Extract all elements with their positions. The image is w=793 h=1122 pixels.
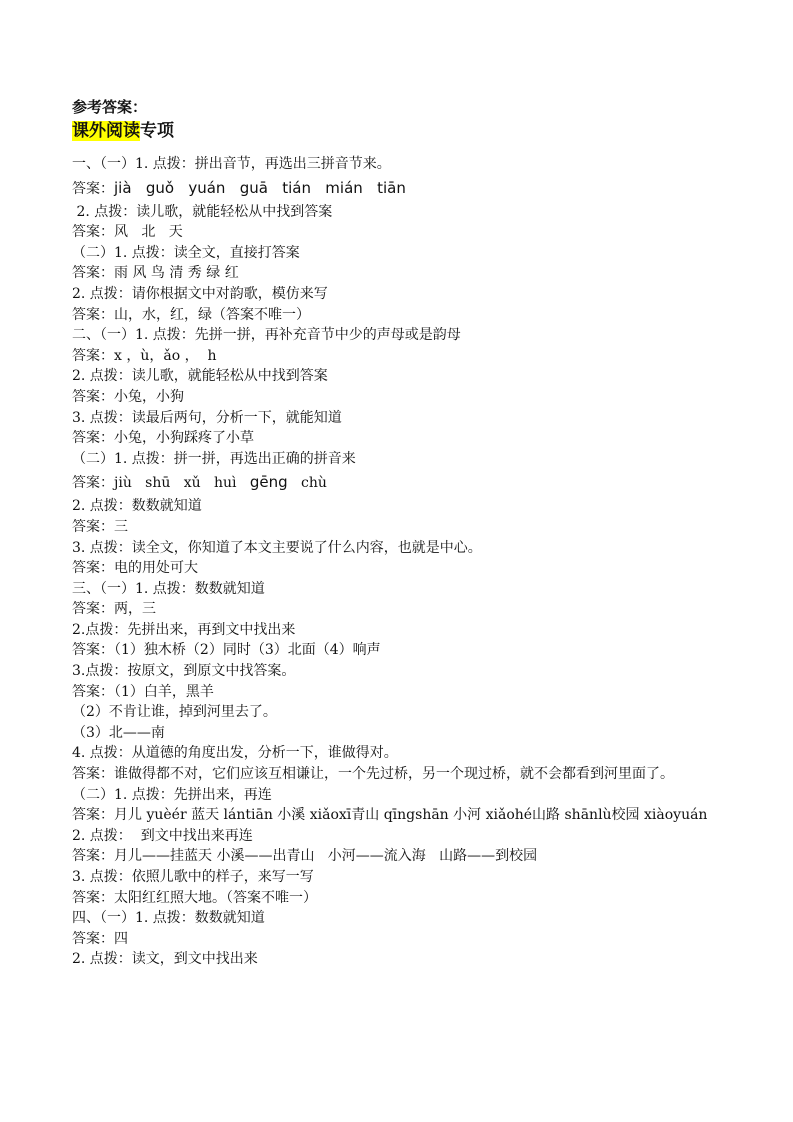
hint-line: 3.点拨：按原文，到原文中找答案。 (72, 661, 732, 682)
answer-document: 参考答案： 课外阅读专项 一、（一）1. 点拨：拼出音节，再选出三拼音节来。 答… (72, 96, 732, 970)
hint-line: 三、（一）1. 点拨：数数就知道 (72, 579, 732, 600)
hint-line: 2. 点拨：数数就知道 (72, 496, 732, 517)
hint-line: 一、（一）1. 点拨：拼出音节，再选出三拼音节来。 (72, 154, 732, 175)
pinyin-answer: jià guǒ yuán guā tián mián tiān (114, 179, 406, 197)
answer-line: （2）不肯让谁，掉到河里去了。 (72, 702, 732, 723)
answer-line: 答案：雨 风 鸟 清 秀 绿 红 (72, 263, 732, 284)
answer-line: 答案：太阳红红照大地。（答案不唯一） (72, 888, 732, 909)
answer-line: 答案：（1）独木桥（2）同时（3）北面（4）响声 (72, 640, 732, 661)
answer-line: 答案：月儿 yuèér 蓝天 lántiān 小溪 xiǎoxī青山 qīngs… (72, 805, 732, 826)
answer-line: 答案：（1）白羊，黑羊 (72, 682, 732, 703)
hint-line: 2. 点拨：读儿歌，就能轻松从中找到答案 (72, 202, 732, 223)
hint-line: 2. 点拨：读儿歌，就能轻松从中找到答案 (72, 366, 732, 387)
answer-line: 答案：三 (72, 517, 732, 538)
hint-line: 3. 点拨：依照儿歌中的样子，来写一写 (72, 867, 732, 888)
hint-line: 3. 点拨：读最后两句，分析一下，就能知道 (72, 408, 732, 429)
section-heading: 课外阅读专项 (72, 118, 732, 144)
hint-line: （二）1. 点拨：先拼出来，再连 (72, 785, 732, 806)
document-title: 参考答案： (72, 96, 732, 118)
hint-line: 二、（一）1. 点拨：先拼一拼，再补充音节中少的声母或是韵母 (72, 325, 732, 346)
answer-line: 答案：小兔，小狗踩疼了小草 (72, 428, 732, 449)
hint-line: 3. 点拨：读全文，你知道了本文主要说了什么内容，也就是中心。 (72, 538, 732, 559)
answer-label: 答案： (72, 181, 114, 197)
hint-line: 四、（一）1. 点拨：数数就知道 (72, 908, 732, 929)
answer-line: 答案：四 (72, 929, 732, 950)
answer-line: 答案：谁做得都不对，它们应该互相谦让，一个先过桥，另一个现过桥，就不会都看到河里… (72, 764, 732, 785)
answer-line: 答案：两，三 (72, 599, 732, 620)
hint-line: （二）1. 点拨：读全文，直接打答案 (72, 243, 732, 264)
pinyin-answer: chù (288, 475, 327, 491)
hint-line: 2. 点拨：请你根据文中对韵歌，模仿来写 (72, 284, 732, 305)
heading-text: 专项 (140, 121, 174, 141)
answer-line: 答案：小兔，小狗 (72, 387, 732, 408)
answer-line: 答案：月儿——挂蓝天 小溪——出青山 小河——流入海 山路——到校园 (72, 846, 732, 867)
answer-line: 答案：风 北 天 (72, 222, 732, 243)
hint-line: 2.点拨：先拼出来，再到文中找出来 (72, 620, 732, 641)
hint-line: 2. 点拨： 到文中找出来再连 (72, 826, 732, 847)
hint-line: 4. 点拨：从道德的角度出发，分析一下，谁做得对。 (72, 743, 732, 764)
answer-line: 答案：山，水，红，绿（答案不唯一） (72, 305, 732, 326)
answer-line: 答案：x ，ù，ǎo ， h (72, 346, 732, 367)
pinyin-answer: jiù shū xǔ huì (114, 475, 250, 491)
answer-label: 答案： (72, 475, 114, 491)
answer-line: 答案：电的用处可大 (72, 558, 732, 579)
hint-line: （二）1. 点拨：拼一拼，再选出正确的拼音来 (72, 449, 732, 470)
pinyin-answer-geng: gēng (250, 473, 288, 491)
answer-line: （3）北——南 (72, 723, 732, 744)
hint-line: 2. 点拨：读文，到文中找出来 (72, 949, 732, 970)
answer-line: 答案：jiù shū xǔ huì gēng chù (72, 469, 732, 496)
highlighted-heading-text: 课外阅读 (72, 121, 140, 141)
answer-line: 答案：jià guǒ yuán guā tián mián tiān (72, 175, 732, 202)
